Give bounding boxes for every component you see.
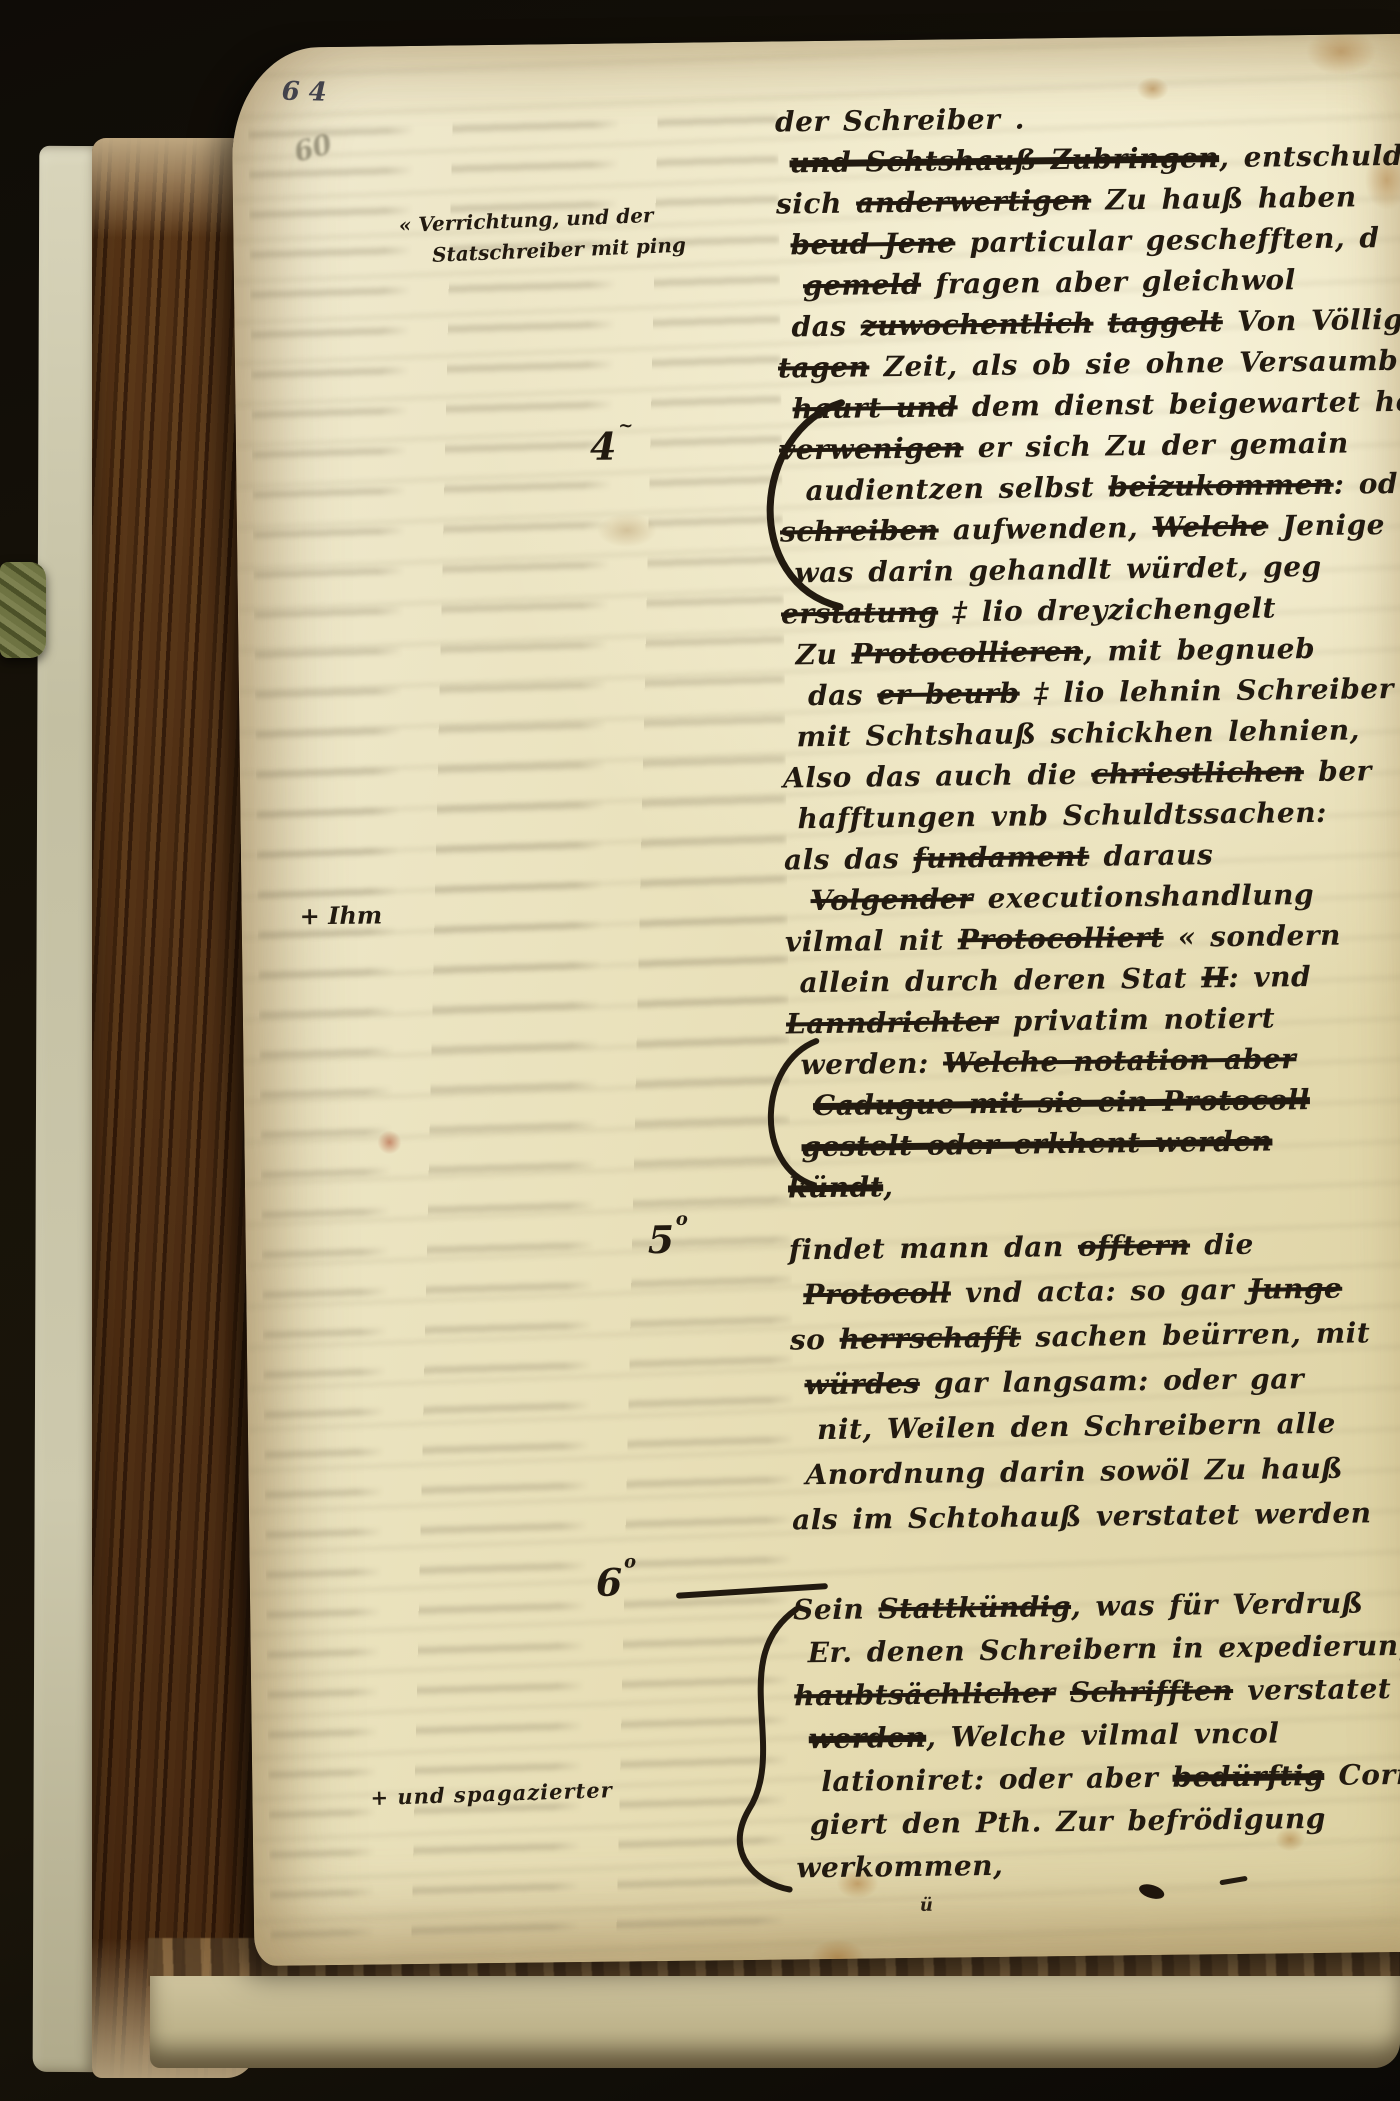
text-line: Er. denen Schreibern in expedierung bbox=[808, 1628, 1400, 1679]
text-line: mit Schtshauß schickhen lehnien, bbox=[796, 712, 1400, 761]
text-line: Zu Protocollieren, mit begnueb bbox=[795, 630, 1400, 679]
text-line: kündt, bbox=[788, 1163, 1400, 1212]
manuscript-page: 64 60 « Verrichtung, und der Statschreib… bbox=[231, 34, 1400, 1966]
text-line: audientzen selbst beizukommen: od bbox=[805, 466, 1400, 515]
folio-number: 64 bbox=[281, 77, 336, 108]
text-line: das er beurb ‡ lio lehnin Schreiber bbox=[808, 671, 1400, 720]
underlying-page-block bbox=[150, 1976, 1400, 2068]
text-line: haurt und dem dienst beigewartet hetten bbox=[792, 384, 1400, 433]
text-line: nit, Weilen den Schreibern alle bbox=[817, 1405, 1400, 1458]
text-line: werkommen, bbox=[796, 1843, 1400, 1894]
stain bbox=[377, 1130, 401, 1154]
stray-pen-mark: ü bbox=[920, 1895, 933, 1916]
section-number-6: 6o bbox=[596, 1559, 635, 1604]
main-text-block: der Schreiber .und Schtshauß Zubringen, … bbox=[775, 98, 1400, 1213]
text-line: würdes gar langsam: oder gar bbox=[804, 1360, 1400, 1413]
text-line: Cadugue mit sie ein Protocoll bbox=[813, 1081, 1400, 1130]
text-line: als im Schtohauß verstatet werden bbox=[792, 1495, 1400, 1548]
margin-note-middle: + Ihm bbox=[300, 900, 383, 930]
text-line: hafftungen vnb Schuldtssachen: bbox=[797, 794, 1400, 843]
text-line: gemeld fragen aber gleichwol bbox=[803, 262, 1400, 311]
text-line: haubtsächlicher Schrifften verstatet bbox=[794, 1671, 1400, 1722]
text-line: Anordnung darin sowöl Zu hauß bbox=[805, 1450, 1400, 1503]
text-line: Sein Stattkündig, was für Verdruß bbox=[793, 1585, 1400, 1636]
section-number-5: 5o bbox=[647, 1217, 686, 1262]
damaged-spine-page-edges bbox=[92, 138, 256, 2078]
section-5-text-block: findet mann dan offtern dieProtocoll vnd… bbox=[789, 1225, 1400, 1548]
text-line: gestelt oder erkhent werden bbox=[801, 1122, 1400, 1171]
text-line: allein durch deren Stat H: vnd bbox=[799, 958, 1400, 1007]
text-line: werden: Welche notation aber bbox=[800, 1040, 1400, 1089]
binding-cord bbox=[0, 562, 46, 658]
text-line: Protocoll vnd acta: so gar Junge bbox=[803, 1270, 1400, 1323]
margin-note-top: « Verrichtung, und der Statschreiber mit… bbox=[398, 199, 686, 272]
text-line: Volgender executionshandlung bbox=[810, 876, 1400, 925]
text-line: werden, Welche vilmal vncol bbox=[809, 1714, 1400, 1765]
text-line: lationiret: oder aber bedürftig Corri bbox=[821, 1757, 1400, 1808]
section-number-4: 4~ bbox=[590, 423, 632, 469]
text-line: was darin gehandlt würdet, geg bbox=[794, 548, 1400, 597]
section-6-text-block: Sein Stattkündig, was für VerdrußEr. den… bbox=[793, 1585, 1400, 1894]
text-line: findet mann dan offtern die bbox=[789, 1225, 1400, 1278]
text-line: so herrschafft sachen beürren, mit bbox=[790, 1315, 1400, 1368]
text-line: giert den Pth. Zur befrödigung bbox=[810, 1800, 1400, 1851]
